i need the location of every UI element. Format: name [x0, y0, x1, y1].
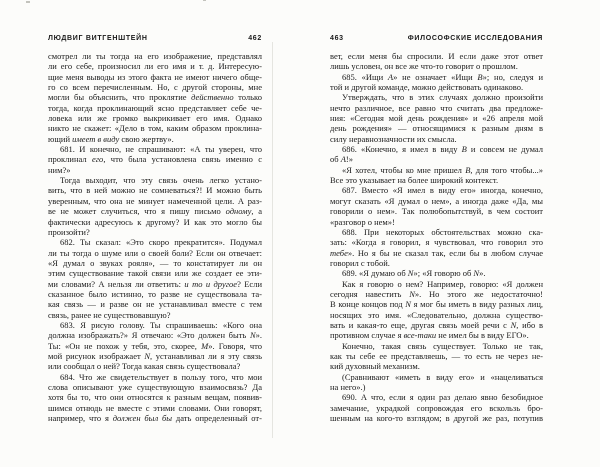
text-line: сказанное было истинно, то разве не суще… [48, 289, 262, 299]
text-line: смотрел ли ты тогда на его изображение, … [48, 51, 262, 61]
text-line: Тогда выходит, что эту связь очень легко… [48, 175, 262, 185]
running-header-right: 463 ФИЛОСОФСКИЕ ИССЛЕДОВАНИЯ [330, 35, 543, 42]
text-run: ния: «Сегодня мой день рождения» и «26 а… [330, 113, 543, 123]
text-line: связь, ранее не существовавшую? [48, 310, 262, 320]
text-run: 686. «Конечно, я имел в виду [342, 144, 462, 154]
text-line: шимся отнюдь не вместе с этими словами. … [48, 403, 262, 413]
text-run: 688. При некоторых обстоятельствах можно… [342, 227, 543, 237]
text-run: , что была установлена связь именно с [103, 154, 262, 164]
text-block-left: смотрел ли ты тогда на его изображение, … [48, 51, 262, 423]
header-book-title: ФИЛОСОФСКИЕ ИССЛЕДОВАНИЯ [408, 35, 543, 42]
text-run: Ты: «Он не похож у тебя, это, скорее, [48, 341, 201, 351]
text-run: ющий [48, 134, 72, 144]
text-line: 685. «Ищи A» не означает «Ищи B»; но, сл… [330, 72, 543, 82]
text-line: противном случае я все-таки не имел бы в… [330, 330, 543, 340]
text-run: вать и какая-то еще, другая связь моей р… [330, 320, 511, 330]
text-run: я мог бы иметь в виду разных лиц, [411, 299, 543, 309]
text-run: ве не может случиться, что я пишу письмо [48, 206, 226, 216]
text-run: лишь условен, он все же что-то говорит о… [330, 61, 518, 71]
text-run: слова описывают уже существующую взаимос… [48, 382, 262, 392]
text-line: щие меня выводы из этого факта не имеют … [48, 72, 262, 82]
text-line: 682. Ты сказал: «Это скоро прекратится».… [48, 237, 262, 247]
text-line: 683. Я рисую голову. Ты спрашиваешь: «Ко… [48, 320, 262, 330]
text-run: 689. «Я думаю об [342, 268, 408, 278]
italic-run: должен был бы [113, 413, 172, 423]
text-line: Все это указывает на более широкий конте… [330, 175, 543, 185]
text-line: ния: «Сегодня мой день рождения» и «26 а… [330, 113, 543, 123]
text-line: нечто различное, все равно что считать д… [330, 103, 543, 113]
text-line: шенным на кого-то взглядом; в другой же … [330, 413, 543, 423]
text-line: ющий имеет в виду свою жертву». [48, 134, 262, 144]
page-gutter-line [272, 42, 273, 438]
text-run: ми словами? А нельзя ли ответить: [48, 279, 184, 289]
text-run: замечание, украдкой сопровождая его вско… [330, 403, 543, 413]
text-line: Как я говорю о нем? Например, говорю: «Я… [330, 279, 543, 289]
text-line: как ты себе ее представляешь, — то есть … [330, 351, 543, 361]
text-run: , ибо в [516, 320, 543, 330]
text-run: «Я хотел, чтобы ко мне пришел [342, 165, 465, 175]
text-line: слова описывают уже существующую взаимос… [48, 382, 262, 392]
text-run: ? Если [237, 279, 262, 289]
text-run: Конечно, такая связь существует. Только … [342, 341, 543, 351]
text-line: могли бы объяснить, что проклятие действ… [48, 92, 262, 102]
text-run: и совсем не думал [467, 144, 543, 154]
text-line: или сообщал о ней? Тогда какая связь сущ… [48, 361, 262, 371]
text-run: произойти? [48, 227, 90, 237]
text-run: ли его себе, произносил ли его имя и т. … [48, 61, 262, 71]
text-line: замечание, украдкой сопровождая его вско… [330, 403, 543, 413]
italic-run: действенно [191, 92, 233, 102]
text-run: об [330, 154, 341, 164]
text-run: сегодня навестить [330, 289, 409, 299]
text-line: го со всем перечисленным. Но, с другой с… [48, 82, 262, 92]
text-line: вет, если меня бы спросили. И если даже … [330, 51, 543, 61]
text-line: никто не скажет: «Дело в том, каким обра… [48, 123, 262, 133]
scan-speck [205, 421, 208, 422]
text-run: сказанное было истинно, то разве не суще… [48, 289, 262, 299]
text-run: шимся отнюдь не вместе с этими словами. … [48, 403, 262, 413]
text-line: кая связь — и разве он не устанавливал в… [48, 299, 262, 309]
text-run: говорили о нем». Так полюбопытствуй, в ч… [330, 206, 543, 216]
text-run: , устанавливал ли я эту связь [150, 351, 262, 361]
text-run: только [234, 92, 262, 102]
text-run: уверенным, что она не минует намеченной … [48, 196, 262, 206]
text-line: (Сравнивают «иметь в виду его» и «нацели… [330, 372, 543, 382]
text-line: 686. «Конечно, я имел в виду B и совсем … [330, 144, 543, 154]
text-line: кий духовный механизм. [330, 361, 543, 371]
italic-run: имеет в виду [72, 134, 119, 144]
text-line: силу неравнозначности их смысла. [330, 134, 543, 144]
text-run: Все это указывает на более широкий конте… [330, 175, 498, 185]
text-run: хотя бы то, что они относятся к разным в… [48, 392, 262, 402]
text-run: , для того чтобы...» [470, 165, 543, 175]
text-run: кий духовный механизм. [330, 361, 420, 371]
text-run: например, что я [48, 413, 113, 423]
text-run: Тогда выходит, что эту связь очень легко… [60, 175, 262, 185]
book-spread: ЛЮДВИГ ВИТГЕНШТЕЙН 462 смотрел ли ты тог… [0, 0, 600, 467]
text-line: говорил с тобой. [330, 258, 543, 268]
text-run: вет, если меня бы спросили. И если даже … [330, 51, 543, 61]
text-line: Утверждать, что в этих случаях должно пр… [330, 92, 543, 102]
text-line: ве не может случиться, что я пишу письмо… [48, 206, 262, 216]
text-run: противном случае я [330, 330, 404, 340]
text-run: го со всем перечисленным. Но, с другой с… [48, 82, 262, 92]
text-line: ли его себе, произносил ли его имя и т. … [48, 61, 262, 71]
italic-run: одному [226, 206, 252, 216]
text-line: В конце концов под N я мог бы иметь в ви… [330, 299, 543, 309]
text-line: лишь условен, он все же что-то говорит о… [330, 61, 543, 71]
italic-run: его [92, 154, 103, 164]
header-author-title: ЛЮДВИГ ВИТГЕНШТЕЙН [48, 35, 148, 42]
scan-speck [520, 420, 523, 421]
text-line: тогда, когда проклинающий ясно представл… [48, 103, 262, 113]
text-run: ». [256, 330, 262, 340]
text-line: фактически адресуюсь к другому? И как эт… [48, 217, 262, 227]
text-run: 683. Я рисую голову. Ты спрашиваешь: «Ко… [60, 320, 262, 330]
text-line: говорили о нем». Так полюбопытствуй, в ч… [330, 206, 543, 216]
text-run: ним?» [48, 165, 71, 175]
text-line: этим существование такой связи или же со… [48, 268, 262, 278]
text-run: могут сказать «Я думал о нем», а иногда … [330, 196, 543, 206]
text-line: вать и какая-то еще, другая связь моей р… [330, 320, 543, 330]
text-run: мой рисунок изображает [48, 351, 144, 361]
text-line: день рождения» — относящимися к разным д… [330, 123, 543, 133]
text-run: щие меня выводы из этого факта не имеют … [48, 72, 262, 82]
text-line: произойти? [48, 227, 262, 237]
text-block-right: вет, если меня бы спросили. И если даже … [330, 51, 543, 423]
text-run: тогда, когда проклинающий ясно представл… [48, 103, 262, 113]
text-run: (Сравнивают «иметь в виду его» и «нацели… [342, 372, 543, 382]
text-line: мой рисунок изображает N, устанавливал л… [48, 351, 262, 361]
text-run: на него».) [330, 382, 366, 392]
text-run: 684. Что же свидетельствует в пользу тог… [60, 372, 262, 382]
text-run: этим существование такой связи или же со… [48, 268, 262, 278]
text-line: тебе». Но я бы не сказал так, если бы в … [330, 248, 543, 258]
text-line: могут сказать «Я думал о нем», а иногда … [330, 196, 543, 206]
text-line: ним?» [48, 165, 262, 175]
text-run: или сообщал о ней? Тогда какая связь сущ… [48, 361, 240, 371]
text-run: могли бы объяснить, что проклятие [48, 92, 191, 102]
page-right: 463 ФИЛОСОФСКИЕ ИССЛЕДОВАНИЯ вет, если м… [330, 0, 543, 467]
text-run: «Я думал о звуках рояля», — то констатир… [48, 258, 262, 268]
page-left: ЛЮДВИГ ВИТГЕНШТЕЙН 462 смотрел ли ты тог… [48, 0, 262, 467]
text-run: Как я говорю о нем? Например, говорю: «Я… [342, 279, 543, 289]
text-run: силу неравнозначности их смысла. [330, 134, 457, 144]
text-line: Ты: «Он не похож у тебя, это, скорее, M»… [48, 341, 262, 351]
page-number-left: 462 [248, 35, 262, 42]
text-run: шенным на кого-то взглядом; в другой же … [330, 413, 543, 423]
text-run: говорил с тобой. [330, 258, 390, 268]
text-line: ми словами? А нельзя ли ответить: и то и… [48, 279, 262, 289]
text-run: той и другой команде, можно действовать … [330, 82, 523, 92]
text-run: смотрел ли ты тогда на его изображение, … [48, 51, 262, 61]
text-line: 687. Вместо «Я имел в виду его» иногда, … [330, 185, 543, 195]
text-line: на него».) [330, 382, 543, 392]
running-header-left: ЛЮДВИГ ВИТГЕНШТЕЙН 462 [48, 35, 262, 42]
text-line: об A!» [330, 154, 543, 164]
text-run: вить, что в ней можно не сомневаться?! И… [48, 185, 262, 195]
text-line: той и другой команде, можно действовать … [330, 82, 543, 92]
text-run: носящих это имя. «Следовательно, должна … [330, 310, 543, 320]
text-run: «разговор о нем»! [330, 217, 395, 227]
text-line: ли ты тогда о шуме или о своей боли? Есл… [48, 248, 262, 258]
text-run: ». [479, 268, 485, 278]
text-run: как ты себе ее представляешь, — то есть … [330, 351, 543, 361]
text-line: проклинал его, что была установлена связ… [48, 154, 262, 164]
text-line: должна изображать?» Я отвечаю: «Это долж… [48, 330, 262, 340]
text-run: ». Но я бы не сказал так, если бы в любо… [348, 248, 543, 258]
text-line: 690. А что, если я один раз делаю явно б… [330, 392, 543, 402]
scan-speck [203, 0, 206, 1]
text-run: дать определенный от- [172, 413, 262, 423]
text-line: 681. И конечно, не спрашивают: «А ты уве… [48, 144, 262, 154]
text-run: !» [346, 154, 353, 164]
italic-run: и то и другое [184, 279, 237, 289]
text-run: должна изображать?» Я отвечаю: «Это долж… [48, 330, 250, 340]
italic-run: тебе [330, 248, 348, 258]
text-run: 682. Ты сказал: «Это скоро прекратится».… [60, 237, 262, 247]
text-run: »; «Я говорю об [413, 268, 473, 278]
text-line: «разговор о нем»! [330, 217, 543, 227]
text-run: проклинал [48, 154, 92, 164]
text-line: вить, что в ней можно не сомневаться?! И… [48, 185, 262, 195]
text-run: зать: «Когда я говорил, я чувствовал, чт… [330, 237, 543, 247]
text-run: 687. Вместо «Я имел в виду его» иногда, … [342, 185, 543, 195]
text-run: , а [251, 206, 262, 216]
text-line: «Я хотел, чтобы ко мне пришел B, для тог… [330, 165, 543, 175]
text-run: никто не скажет: «Дело в том, каким обра… [48, 123, 262, 133]
text-line: зать: «Когда я говорил, я чувствовал, чт… [330, 237, 543, 247]
text-run: ли ты тогда о шуме или о своей боли? Есл… [48, 248, 262, 258]
text-line: сегодня навестить N». Но этого же недост… [330, 289, 543, 299]
page-number-right: 463 [330, 35, 344, 42]
text-run: связь, ранее не существовавшую? [48, 310, 171, 320]
text-run: »; но, следуя и [483, 72, 543, 82]
text-run: кая связь — и разве он не устанавливал в… [48, 299, 262, 309]
text-run: не имел бы в виду ЕГО». [436, 330, 529, 340]
text-run: ловека или же громко выкрикивает его имя… [48, 113, 262, 123]
scan-speck [26, 1, 30, 3]
text-line: 684. Что же свидетельствует в пользу тог… [48, 372, 262, 382]
text-run: свою жертву». [119, 134, 174, 144]
text-line: ловека или же громко выкрикивает его имя… [48, 113, 262, 123]
text-line: «Я думал о звуках рояля», — то констатир… [48, 258, 262, 268]
text-line: например, что я должен был бы дать опред… [48, 413, 262, 423]
text-line: хотя бы то, что они относятся к разным в… [48, 392, 262, 402]
text-run: день рождения» — относящимися к разным д… [330, 123, 543, 133]
text-line: 689. «Я думаю об N»; «Я говорю об N». [330, 268, 543, 278]
text-run: » не означает «Ищи [393, 72, 477, 82]
text-line: уверенным, что она не минует намеченной … [48, 196, 262, 206]
italic-run: все-таки [404, 330, 437, 340]
text-run: В конце концов под [330, 299, 405, 309]
text-run: нечто различное, все равно что считать д… [330, 103, 543, 113]
text-run: 681. И конечно, не спрашивают: «А ты уве… [60, 144, 262, 154]
text-line: носящих это имя. «Следовательно, должна … [330, 310, 543, 320]
text-line: 688. При некоторых обстоятельствах можно… [330, 227, 543, 237]
text-run: Утверждать, что в этих случаях должно пр… [342, 92, 543, 102]
text-run: ». Говоря, что [208, 341, 262, 351]
text-run: ». Но этого же недостаточно! [415, 289, 543, 299]
text-run: 690. А что, если я один раз делаю явно б… [342, 392, 543, 402]
text-line: Конечно, такая связь существует. Только … [330, 341, 543, 351]
text-run: 685. «Ищи [342, 72, 388, 82]
text-run: фактически адресуюсь к другому? И как эт… [48, 217, 262, 227]
